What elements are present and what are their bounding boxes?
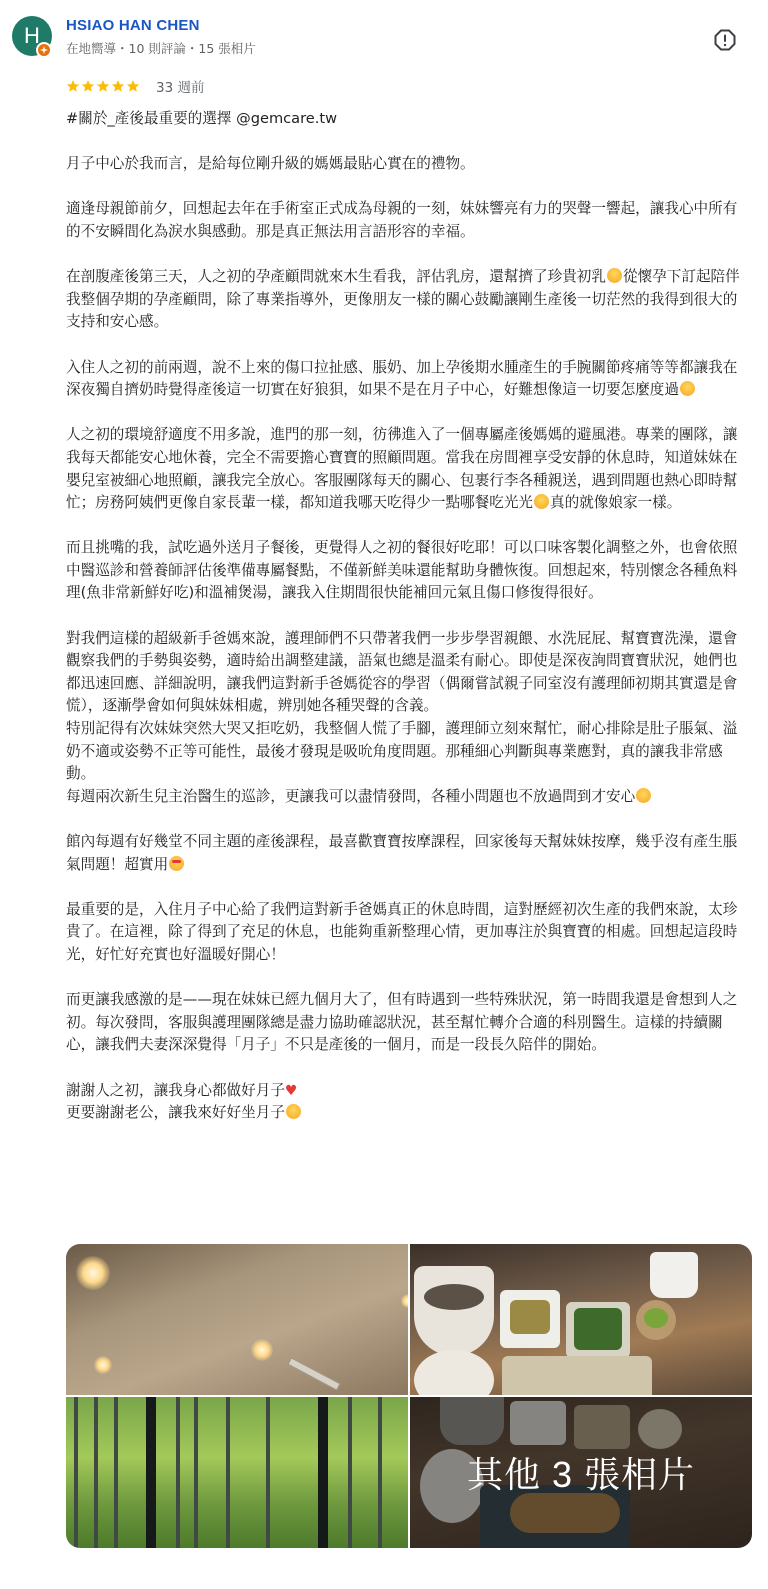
star-icon: [66, 79, 80, 93]
pleading-face-emoji-icon: [286, 1104, 301, 1119]
review-text-span: 入住人之初的前兩週，說不上來的傷口拉扯感、脹奶、加上孕後期水腫產生的手腕關節疼痛…: [66, 359, 737, 399]
review-header: H HSIAO HAN CHEN 在地嚮導・10 則評論・15 張相片: [0, 0, 768, 64]
heart-eyes-emoji-icon: [169, 856, 184, 871]
review-paragraph: 入住人之初的前兩週，說不上來的傷口拉扯感、脹奶、加上孕後期水腫產生的手腕關節疼痛…: [66, 357, 748, 402]
star-icon: [96, 79, 110, 93]
crying-face-emoji-icon: [680, 381, 695, 396]
review-paragraph: 特別記得有次妹妹突然大哭又拒吃奶，我整個人慌了手腳，護理師立刻來幫忙，耐心排除是…: [66, 718, 748, 786]
review-paragraph: 每週兩次新生兒主治醫生的巡診，更讓我可以盡情發問，各種小問題也不放過問到才安心: [66, 786, 748, 809]
review-text-span: 每週兩次新生兒主治醫生的巡診，更讓我可以盡情發問，各種小問題也不放過問到才安心: [66, 788, 635, 805]
review-time: 33 週前: [156, 76, 204, 96]
balcony-trees-photo[interactable]: [66, 1397, 408, 1548]
review-text-span: 館內每週有好幾堂不同主題的產後課程，最喜歡寶寶按摩課程，回家後每天幫妹妹按摩，幾…: [66, 833, 737, 873]
meal-photo[interactable]: [410, 1244, 752, 1395]
review-text-span: 在剖腹產後第三天，人之初的孕產顧問就來木生看我，評估乳房，還幫擠了珍貴初乳: [66, 268, 606, 285]
meal-photo-2[interactable]: 其他 3 張相片: [410, 1397, 752, 1548]
local-guide-badge-icon: [36, 42, 52, 58]
rating-row: 33 週前: [66, 76, 204, 96]
review-paragraph: 在剖腹產後第三天，人之初的孕產顧問就來木生看我，評估乳房，還幫擠了珍貴初乳從懷孕…: [66, 266, 748, 334]
review-paragraph: 人之初的環境舒適度不用多說，進門的那一刻，彷彿進入了一個專屬產後媽媽的避風港。專…: [66, 424, 748, 514]
review-paragraph: 最重要的是，入住月子中心給了我們這對新手爸媽真正的休息時間，這對歷經初次生產的我…: [66, 899, 748, 967]
star-rating: [66, 79, 140, 93]
more-photos-overlay[interactable]: 其他 3 張相片: [410, 1397, 752, 1548]
ceiling-photo[interactable]: [66, 1244, 408, 1395]
review-paragraph: 而且挑嘴的我，試吃過外送月子餐後，更覺得人之初的餐很好吃耶！可以口味客製化調整之…: [66, 537, 748, 605]
review-paragraph: 對我們這樣的超級新手爸媽來說，護理師們不只帶著我們一步步學習親餵、水洗屁屁、幫寶…: [66, 628, 748, 718]
review-text: #關於_產後最重要的選擇 @gemcare.tw 月子中心於我而言，是給每位剛升…: [66, 108, 748, 1125]
review-paragraph: 月子中心於我而言，是給每位剛升級的媽媽最貼心實在的禮物。: [66, 153, 748, 176]
review-paragraph: 館內每週有好幾堂不同主題的產後課程，最喜歡寶寶按摩課程，回家後每天幫妹妹按摩，幾…: [66, 831, 748, 876]
review-text-span: 謝謝人之初，讓我身心都做好月子: [66, 1082, 285, 1099]
star-icon: [126, 79, 140, 93]
photo-gallery: 其他 3 張相片: [66, 1244, 752, 1548]
star-icon: [111, 79, 125, 93]
report-flag-icon[interactable]: [713, 28, 737, 52]
pleading-face-emoji-icon: [607, 268, 622, 283]
star-icon: [81, 79, 95, 93]
review-paragraph: 適逢母親節前夕，回想起去年在手術室正式成為母親的一刻，妹妹響亮有力的哭聲一響起，…: [66, 198, 748, 243]
review-paragraph: #關於_產後最重要的選擇 @gemcare.tw: [66, 108, 748, 131]
review-paragraph: 而更讓我感激的是——現在妹妹已經九個月大了，但有時遇到一些特殊狀況，第一時間我還…: [66, 989, 748, 1057]
grinning-face-emoji-icon: [636, 788, 651, 803]
pleading-face-emoji-icon: [534, 494, 549, 509]
reviewer-name[interactable]: HSIAO HAN CHEN: [66, 17, 200, 34]
review-paragraph: 謝謝人之初，讓我身心都做好月子♥: [66, 1080, 748, 1103]
review-paragraph: 更要謝謝老公，讓我來好好坐月子: [66, 1102, 748, 1125]
more-photos-label: 其他 3 張相片: [467, 1447, 695, 1498]
red-heart-emoji-icon: ♥: [285, 1083, 298, 1099]
review-text-span: 更要謝謝老公，讓我來好好坐月子: [66, 1104, 285, 1121]
review-text-span: 真的就像娘家一樣。: [550, 494, 681, 511]
reviewer-meta: 在地嚮導・10 則評論・15 張相片: [66, 39, 256, 57]
